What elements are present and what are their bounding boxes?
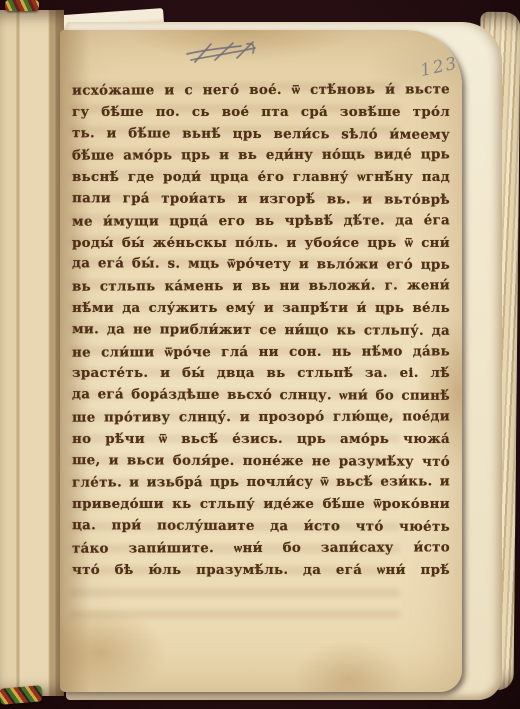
endband-bottom-icon [0, 685, 43, 705]
manuscript-text-line: ть. и бѣ́ше вьнѣ́ црь вели́сь ѕѣло́ и́ме… [72, 123, 450, 146]
manuscript-text-line: вь стльпь ка́мень и вь ни вьложи́. г. же… [72, 276, 450, 299]
manuscript-text-line: роды́ бы́ же́ньскы по́ль. и убоя́се црь … [72, 233, 450, 255]
manuscript-photo: 123 исхо́жаше и с него́ вое́. ѿ стѣ́новь… [0, 0, 520, 709]
manuscript-text-line: но рѣ́чи ѿ вьсѣ́ е́зись. црь амо́рь чюжа… [72, 429, 450, 451]
manuscript-text-line: что́ бѣ ю́ль празумѣ́ль. да ега́ ѡни́ пр… [72, 560, 450, 582]
manuscript-text-line: гу бѣ́ше по. сь вое́ пта сра́ зовѣ́ше тр… [72, 102, 450, 124]
manuscript-text-line: нѣ́ми да слу́жить ему́ и запрѣ́ти и́ црь… [72, 298, 450, 320]
manuscript-text-block: исхо́жаше и с него́ вое́. ѿ стѣ́новь и́ … [72, 80, 450, 581]
manuscript-text-line: та́ко запи́шите. ѡни́ бо запи́саху и́сто [72, 537, 450, 560]
manuscript-text-line: ше, и вьси боля́ре. поне́же не разумѣ́ху… [72, 450, 450, 473]
manuscript-text-line: ми. да не прибли́жит се ни́що кь стльпу́… [72, 319, 450, 342]
manuscript-text-line: ца. при́ послу́шаите да и́сто что́ чюе́т… [72, 515, 450, 538]
endband-top-icon [5, 0, 39, 11]
manuscript-text-line: вьснѣ́ где роди́ црца е́го главну́ ѡгнѣ́… [72, 167, 450, 189]
pencil-scribble-icon [183, 38, 265, 66]
manuscript-text-line: бѣ́ше амо́рь црь и вь еди́ну но́щь виде́… [72, 145, 450, 168]
manuscript-text-line: исхо́жаше и с него́ вое́. ѿ стѣ́новь и́ … [72, 79, 450, 102]
manuscript-text-line: ше про́тиву слнцу́. и прозоро́ глю́ще, п… [72, 406, 450, 429]
manuscript-text-line: да ега́ бора́здѣше вьсхо́ слнцу. ѡни́ бо… [72, 384, 450, 407]
manuscript-text-line: зрасте́ть. и бы́ двца вь стльпѣ́ за. еі.… [72, 363, 450, 385]
manuscript-text-line: ме и́мущи црца́ его вь чрѣвѣ́ дѣ́те. да … [72, 210, 450, 233]
manuscript-text-line: приведо́ши кь стльпу́ иде́же бѣ́ше ѿроко… [72, 494, 450, 516]
manuscript-text-line: пали гра́ трои́ать и изгорѣ́ вь. и вьто́… [72, 188, 450, 211]
manuscript-text-line: гле́ть. и изьбра́ црь почли́су ѿ вьсѣ́ е… [72, 472, 450, 495]
facing-page-edge [0, 10, 64, 696]
manuscript-text-line: не сли́ши ѿро́че гла́ ни сон. нь нѣ́мо д… [72, 341, 450, 364]
manuscript-text-line: да ега́ бы́. ѕ. мць ѿро́чету и вьло́жи е… [72, 254, 450, 277]
